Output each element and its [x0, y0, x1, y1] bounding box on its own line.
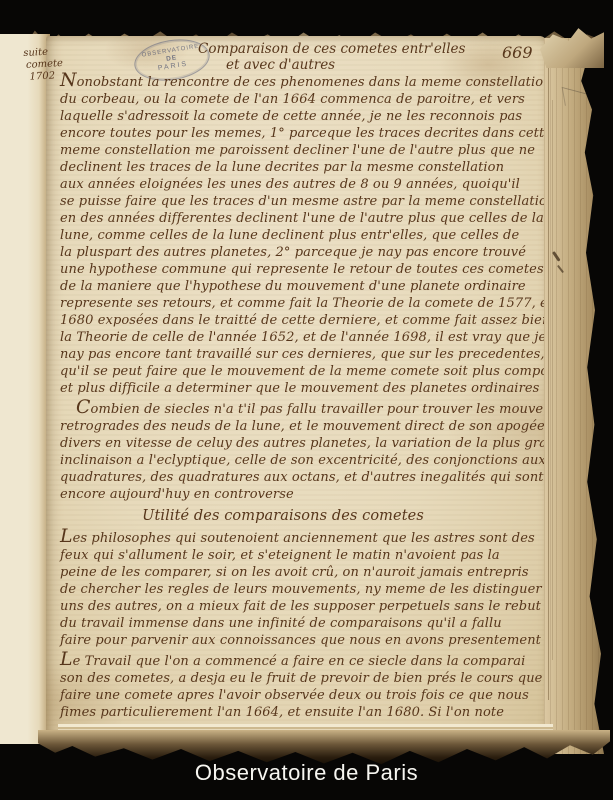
manuscript-line: et plus difficile a determiner que le mo…: [60, 380, 546, 397]
manuscript-line: la Theorie de celle de l'année 1652, et …: [60, 329, 546, 346]
manuscript-line: qu'il se peut faire que le mouvement de …: [60, 363, 546, 380]
manuscript-line: nay pas encore tant travaillé sur ces de…: [60, 346, 546, 363]
manuscript-line: Les philosophes qui soutenoient ancienne…: [60, 528, 546, 547]
margin-note: suite comete 1702: [23, 46, 64, 84]
manuscript-line: Nonobstant la rencontre de ces phenomene…: [60, 72, 546, 91]
manuscript-line: faire pour parvenir aux connoissances qu…: [60, 632, 546, 649]
manuscript-line: du corbeau, ou la comete de l'an 1664 co…: [60, 91, 546, 108]
manuscript-line: une hypothese commune qui represente le …: [60, 261, 546, 278]
margin-note-line: comete: [26, 58, 64, 72]
facing-page-sliver: [0, 34, 50, 744]
manuscript-line: meme constellation me paroissent decline…: [60, 142, 546, 159]
manuscript-line: de chercher les regles de leurs mouvemen…: [60, 581, 546, 598]
page-title-line2: et avec d'autres: [226, 57, 465, 73]
margin-note-line: 1702: [29, 70, 64, 84]
manuscript-line: Le Travail que l'on a commencé a faire e…: [60, 651, 546, 670]
manuscript-line: laquelle s'adressoit la comete de cette …: [60, 108, 546, 125]
paragraph: Combien de siecles n'a t'il pas fallu tr…: [60, 399, 546, 503]
manuscript-line: feux qui s'allument le soir, et s'eteign…: [60, 547, 546, 564]
manuscript-body: Nonobstant la rencontre de ces phenomene…: [60, 72, 546, 721]
manuscript-line: inclinaison a l'eclyptique, celle de son…: [60, 452, 546, 469]
fore-edge: [544, 38, 604, 754]
manuscript-line: retrogrades des neuds de la lune, et le …: [60, 418, 546, 435]
manuscript-page: OBSERVATOIRE DE PARIS Comparaison de ces…: [46, 36, 548, 746]
paragraph: Nonobstant la rencontre de ces phenomene…: [60, 72, 546, 397]
manuscript-line: son des cometes, a desja eu le fruit de …: [60, 670, 546, 687]
manuscript-line: uns des autres, on a mieux fait de les s…: [60, 598, 546, 615]
manuscript-line: peine de les comparer, si on les avoit c…: [60, 564, 546, 581]
screenshot-root: OBSERVATOIRE DE PARIS Comparaison de ces…: [0, 0, 613, 800]
crumpled-corner: [540, 26, 604, 68]
manuscript-line: divers en vitesse de celuy des autres pl…: [60, 435, 546, 452]
page-title-line1: Comparaison de ces cometes entr'elles: [198, 41, 465, 57]
manuscript-line: 1680 exposées dans le traitté de cette d…: [60, 312, 546, 329]
page-stack-line: [552, 100, 553, 660]
manuscript-line: declinent les traces de la lune decrites…: [60, 159, 546, 176]
paragraph: Les philosophes qui soutenoient ancienne…: [60, 528, 546, 649]
manuscript-line: aux années eloignées les unes des autres…: [60, 176, 546, 193]
manuscript-line: represente ses retours, et comme fait la…: [60, 295, 546, 312]
manuscript-line: se puisse faire que les traces d'un mesm…: [60, 193, 546, 210]
manuscript-line: du travail immense dans une infinité de …: [60, 615, 546, 632]
page-title: Comparaison de ces cometes entr'elles et…: [198, 41, 465, 73]
manuscript-line: Utilité des comparaisons des cometes: [60, 508, 546, 525]
image-caption: Observatoire de Paris: [0, 760, 613, 786]
folio-number: 669: [502, 43, 533, 62]
manuscript-line: en des années differentes declinent l'un…: [60, 210, 546, 227]
page-stack-line: [548, 60, 549, 700]
manuscript-line: faire une comete apres l'avoir observée …: [60, 687, 546, 704]
manuscript-line: fimes particulierement l'an 1664, et ens…: [60, 704, 546, 721]
manuscript-line: lune, comme celles de la lune declinent …: [60, 227, 546, 244]
manuscript-line: Combien de siecles n'a t'il pas fallu tr…: [60, 399, 546, 418]
manuscript-line: de la maniere que l'hypothese du mouveme…: [60, 278, 546, 295]
manuscript-line: la pluspart des autres planetes, 2° parc…: [60, 244, 546, 261]
section-subheading: Utilité des comparaisons des cometes: [60, 508, 546, 525]
manuscript-line: quadratures, des quadratures aux octans,…: [60, 469, 546, 486]
manuscript-line: encore aujourd'huy en controverse: [60, 486, 546, 503]
paragraph: Le Travail que l'on a commencé a faire e…: [60, 651, 546, 721]
manuscript-line: encore toutes pour les memes, 1° parcequ…: [60, 125, 546, 142]
